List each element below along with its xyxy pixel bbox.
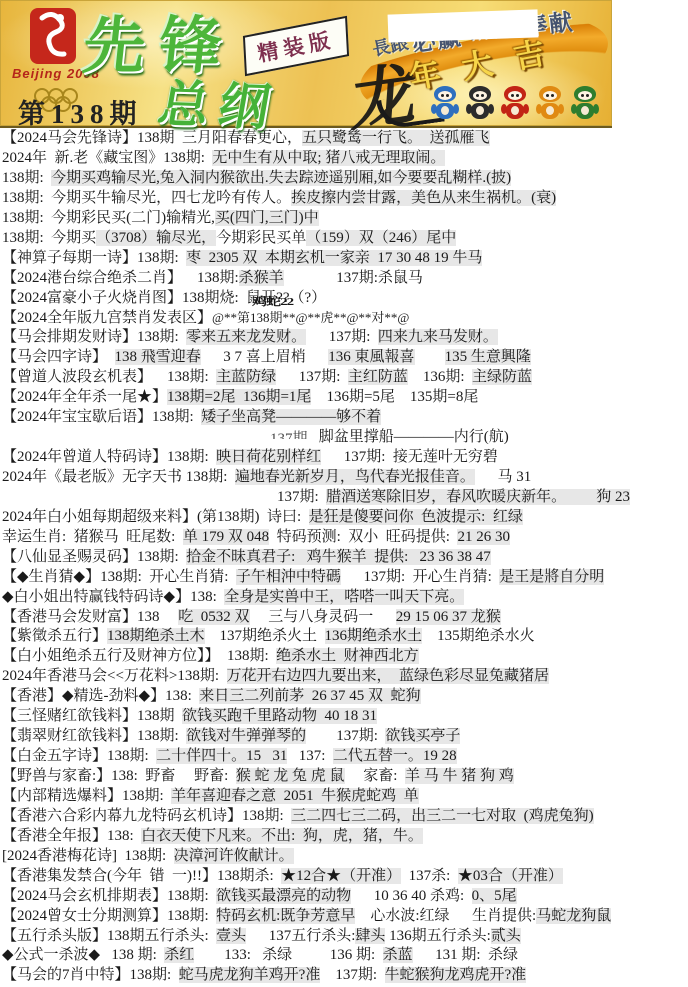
highlighted-text: 是狂是傻要问你 色波提示: 红绿 [309, 509, 523, 525]
highlighted-text: 杀红 [164, 947, 194, 963]
plain-text: 136 期: [292, 947, 382, 963]
highlighted-text: 子午相沖中特碼 [236, 569, 341, 585]
plain-text: 10 36 40 杀鸡: [351, 888, 471, 904]
plain-text: 138期: [2, 170, 51, 186]
plain-text: 137五行杀头: [246, 928, 355, 944]
plain-text: 137期: 接无莲叶无穷碧 [321, 449, 498, 465]
plain-text: 136期=5尾 135期=8尾 [311, 389, 478, 405]
highlighted-text: 挨皮擦内尝甘露，美色从来生祸机。(衰) [291, 190, 556, 206]
plain-text: 【马会四字诗】 [2, 349, 115, 365]
highlighted-text: 欲钱对牛弹弹琴的 [186, 728, 306, 744]
highlighted-text: 138期绝杀土木 [107, 628, 205, 644]
highlighted-text: 136期绝杀水土 [325, 628, 423, 644]
plain-text: 135期绝杀水火 [422, 628, 535, 644]
text-line: 【五行杀头版】138期五行杀头: 壹头 137五行杀头:肆头 136期五行杀头:… [2, 927, 688, 947]
plain-text: 138期: 今期彩民买(二门)输精光, [2, 210, 215, 226]
highlighted-text: 送孤雁飞 [422, 130, 490, 146]
highlighted-text: 万花开右边四九要出来， 蓝绿色彩尽显兔藏猪居 [227, 668, 550, 684]
highlighted-text: 135 生意興隆 [445, 349, 531, 365]
highlighted-text: 全身是实兽中王，嗒嗒一叫天下亮。 [224, 589, 464, 605]
highlighted-text: 二代五替一。19 28 [333, 748, 457, 764]
highlighted-text: （3708）输尽光， [96, 230, 216, 246]
highlighted-text: 今期买鸡输尽光,兔入洞内猴欲出.失去踪迹遥别厢,如今要要乱糊样.(披) [51, 170, 511, 186]
text-line: 【马会四字诗】 138 飛雪迎春 3 7 喜上眉梢 136 東風報喜 135 生… [2, 348, 688, 368]
text-line: 【2024年曾道人特码诗】138期: 映日荷花别样红 137期: 接无莲叶无穷碧 [2, 448, 688, 468]
plain-text: 137杀: [401, 868, 458, 884]
text-line: 【2024马会先锋诗】138期 三月阳春春更心，五只鹭鸶一行飞。 送孤雁飞 [2, 129, 688, 149]
text-line: 【香港全年报】138: 白衣天使下凡来。不出: 狗，虎，猪，牛。 [2, 827, 688, 847]
plain-text: 【曾道人波段玄机表】 138期: [2, 369, 216, 385]
highlighted-text: 21 26 30 [457, 529, 510, 545]
plain-text: 131 期: 杀绿 [413, 947, 518, 963]
plain-text: 137期: [306, 728, 385, 744]
plain-text: 2024年香港马会<<万花料>138期: [2, 668, 227, 684]
plain-text: 【香港全年报】138: [2, 828, 141, 844]
plain-text: 137: [287, 748, 332, 764]
highlighted-text: 羊年喜迎春之意 2051 牛猴虎蛇鸡 单 [171, 788, 419, 804]
text-line: 幸运生肖: 猪猴马 旺尾数: 单 179 双 048 特码预测: 双小 旺码提供… [2, 528, 688, 548]
text-line: 【2024马会玄机排期表】138期: 欲钱买最漂亮的动物 10 36 40 杀鸡… [2, 887, 688, 907]
highlighted-text: 138 飛雪迎春 [115, 349, 201, 365]
text-line: 2024年香港马会<<万花料>138期: 万花开右边四九要出来， 蓝绿色彩尽显兔… [2, 667, 688, 687]
olympic-seal-icon [30, 8, 76, 64]
plain-text: 137期: [320, 967, 384, 983]
text-line: 【三怪赌红欲钱料】138期 欲钱买跑千里路动物 40 18 31 [2, 707, 688, 727]
text-line: 138期: 今期买牛输尽光，四七龙吟有传人。挨皮擦内尝甘露，美色从来生祸机。(衰… [2, 189, 688, 209]
text-line: 138期: 今期彩民买(二门)输精光,买(四门,三门)中 [2, 209, 688, 229]
plain-text: 【白小姐绝杀五行及财神方位】】 138期: [2, 648, 276, 664]
highlighted-text: 矮子坐高凳————够不着 [201, 409, 381, 425]
highlighted-text: ★03合（开准） [458, 868, 563, 884]
highlighted-text: 贰头 [491, 928, 521, 944]
plain-text: ◆公式一杀波◆ 138 期: [2, 947, 164, 963]
fuwa-beibei-blue-icon [432, 86, 458, 124]
plain-text: 137期: [306, 329, 378, 345]
highlighted-text: ★12合★（开准） [281, 868, 401, 884]
highlighted-text: 买(四门,三门)中 [215, 210, 319, 226]
text-line: 【曾道人波段玄机表】 138期: 主蓝防绿 137期: 主红防蓝 136期: 主… [2, 368, 688, 388]
plain-text: 家畜: [345, 768, 405, 784]
highlighted-text: 是王是將自分明 [499, 569, 604, 585]
plain-text: 138期: 今期买 [2, 230, 96, 246]
highlighted-text: 欲钱买跑千里路动物 40 18 31 [182, 708, 377, 724]
fuwa-jingjing-panda-icon [467, 86, 493, 124]
plain-text: 【野兽与家畜:】138: 野畜 野畜: [2, 768, 236, 784]
text-line: 【◆生肖猜◆】138期: 开心生肖猜: 子午相沖中特碼 137期: 开心生肖猜:… [2, 568, 688, 588]
highlighted-text: 136 東風報喜 [328, 349, 414, 365]
plain-text: 幸运生肖: 猪猴马 旺尾数: [2, 529, 183, 545]
highlighted-text: 狗 23 [566, 489, 630, 505]
highlighted-text: 主蓝防绿 [216, 369, 276, 385]
highlighted-text: 枣 2305 双 本期玄机一家亲 17 30 48 19 牛马 [186, 250, 482, 266]
plain-text: 【五行杀头版】138期五行杀头: [2, 928, 216, 944]
highlighted-text: 遍地春光新岁月，鸟代春光报佳音。 [235, 469, 475, 485]
fuwa-nini-green-icon [572, 86, 598, 124]
plain-text: 【三怪赌红欲钱料】138期 [2, 708, 182, 724]
highlighted-text: 二十伴四十。15 31 [156, 748, 287, 764]
highlighted-text: （159）双（246）尾中 [306, 230, 456, 246]
highlighted-text: 138期=2尾 136期=1尾 [167, 389, 311, 405]
text-line: 【香港马会发财富】138 吃 0532 双 三与八身灵码一 29 15 06 3… [2, 608, 688, 628]
text-line: 138期: 今期买鸡输尽光,兔入洞内猴欲出.失去踪迹遥别厢,如今要要乱糊样.(披… [2, 169, 688, 189]
plain-text: 【紫徵杀五行】 [2, 628, 107, 644]
plain-text: 【白金五字诗】138期: [2, 748, 156, 764]
plain-text: 【2024全年版九宫禁肖发表区】 [2, 310, 212, 326]
text-line: 【八仙显圣赐灵码】138期: 拾金不昧真君子: 鸡牛猴羊 提供: 23 36 3… [2, 548, 688, 568]
plain-text: 2024年《最老版》无字天书 138期: [2, 469, 235, 485]
text-line: 【白小姐绝杀五行及财神方位】】 138期: 绝杀水土 财神西北方 [2, 647, 688, 667]
plain-text: 今期彩民买单 [216, 230, 306, 246]
highlighted-text: 杀猴羊 [239, 270, 284, 286]
plain-text: 137期: 开心生肖猜: [341, 569, 499, 585]
plain-text: 【马会排期发财诗】138期: [2, 329, 186, 345]
highlighted-text: 吃 0532 双 [178, 609, 249, 625]
text-line: 【神算子每期一诗】138期: 枣 2305 双 本期玄机一家亲 17 30 48… [2, 249, 688, 269]
text-line: 【2024曾女士分期测算】138期: 特码玄机:既争芳意早 心水波:红绿 生肖提… [2, 907, 688, 927]
highlighted-text: 腊酒送寒除旧岁，春风吹暖庆新年。 [326, 489, 566, 505]
text-line: 【马会排期发财诗】138期: 零来五来龙发财。 137期: 四来九来马发财。 [2, 328, 688, 348]
text-line: 2024年《最老版》无字天书 138期: 遍地春光新岁月，鸟代春光报佳音。 马 … [2, 468, 688, 488]
text-line: 【香港六合彩内幕九龙特码玄机诗】138期: 三二四七三二码，出三二一七对取 (鸡… [2, 807, 688, 827]
highlighted-text: 四来九来马发财。 [378, 329, 498, 345]
plain-text: 137期: [277, 489, 326, 505]
text-line: 【白金五字诗】138期: 二十伴四十。15 31 137: 二代五替一。19 2… [2, 747, 688, 767]
text-line: 137期: 腊酒送寒除旧岁，春风吹暖庆新年。 狗 23 [2, 488, 688, 508]
plain-text: 特码预测: 双小 旺码提供: [269, 529, 457, 545]
highlighted-text: 决漳河许攸献计。 [174, 848, 294, 864]
fuwa-huanhuan-red-icon [502, 86, 528, 124]
fuwa-mascots-row [432, 86, 612, 126]
plain-text: 【香港马会发财富】138 [2, 609, 178, 625]
plain-text: 137期:杀鼠马 [284, 270, 423, 286]
highlighted-text: 马蛇龙狗鼠 [536, 908, 611, 924]
text-line: 【2024富豪小子火烧肖图】138期烧: 鼠开??（?）鸡蛇22 [2, 289, 688, 309]
highlighted-text: 来日三二列前茅 26 37 45 双 蛇狗 [199, 688, 420, 704]
plain-text: 鸡蛇22 [252, 295, 293, 309]
lottery-tip-sheet: Beijing 2008 先锋 总纲 第138期 精装版 龙 年大吉 長跟 [0, 0, 688, 987]
highlighted-text: 壹头 [216, 928, 246, 944]
highlighted-text: 映日荷花别样红 [216, 449, 321, 465]
plain-text: 2024年白小姐每期超级来料】(第138期) 诗曰: [2, 509, 309, 525]
plain-text: 【八仙显圣赐灵码】138期: [2, 549, 186, 565]
plain-text: 【神算子每期一诗】138期: [2, 250, 186, 266]
text-line: 【内部精选爆料】138期: 羊年喜迎春之意 2051 牛猴虎蛇鸡 单 [2, 787, 688, 807]
highlighted-text: 主红防蓝 [348, 369, 408, 385]
highlighted-text: 羊 马 牛 猪 狗 鸡 [405, 768, 514, 784]
plain-text: 【2024马会玄机排期表】138期: [2, 888, 216, 904]
text-line: ◆白小姐出特赢钱特码诗◆】138: 全身是实兽中王，嗒嗒一叫天下亮。 [2, 588, 688, 608]
plain-text [415, 349, 445, 365]
highlighted-text: 无中生有从中取; 猪八戒无理取闹。 [212, 150, 445, 166]
edition-badge-label: 精装版 [255, 24, 337, 68]
highlighted-text: 三二四七三二码，出三二一七对取 (鸡虎兔狗) [291, 808, 594, 824]
plain-text: 【◆生肖猜◆】138期: 开心生肖猜: [2, 569, 236, 585]
highlighted-text: 欲钱买最漂亮的动物 [216, 888, 351, 904]
plain-text: 【香港集发禁合(今年 错 一)!!】138期杀: [2, 868, 281, 884]
highlighted-text: 零来五来龙发财。 [186, 329, 306, 345]
highlighted-text: 五只鹭鸶一行飞。 [302, 130, 422, 146]
highlighted-text: 绝杀水土 财神西北方 [276, 648, 419, 664]
content-lines: 【2024马会先锋诗】138期 三月阳春春更心，五只鹭鸶一行飞。 送孤雁飞202… [0, 128, 688, 986]
text-line: 【香港】◆精选-劲料◆】138: 来日三二列前茅 26 37 45 双 蛇狗 [2, 687, 688, 707]
text-line: 【紫徵杀五行】138期绝杀土木 137期绝杀火土 136期绝杀水土 135期绝杀… [2, 627, 688, 647]
highlighted-text: 主绿防蓝 [472, 369, 532, 385]
plain-text: [2024香港梅花诗] 138期: [2, 848, 174, 864]
highlighted-text: 单 179 双 048 [183, 529, 269, 545]
plain-text: ◆白小姐出特赢钱特码诗◆】138: [2, 589, 224, 605]
plain-text: 马 31 [475, 469, 531, 485]
plain-text: 心水波:红绿 生肖提供: [355, 908, 536, 924]
plain-text: 133: 杀绿 [194, 947, 292, 963]
plain-text: 【2024马会先锋诗】138期 三月阳春春更心， [2, 130, 302, 146]
plain-text: 136期五行杀头: [385, 928, 490, 944]
edition-badge: 精装版 [243, 16, 349, 77]
plain-text: 【内部精选爆料】138期: [2, 788, 171, 804]
highlighted-text: 0、5尾 [472, 888, 517, 904]
plain-text: 2024年 新.老《藏宝图》138期: [2, 150, 212, 166]
highlighted-text: 29 15 06 37 龙猴 [396, 609, 501, 625]
text-line: 【2024年宝宝歇后语】138期: 矮子坐高凳————够不着 [2, 408, 688, 428]
white-patch [388, 9, 539, 42]
plain-text: 138期: 今期买牛输尽光，四七龙吟有传人。 [2, 190, 291, 206]
plain-text: 【2024港台综合绝杀二肖】 138期: [2, 270, 239, 286]
plain-text: 【马会的7肖中特】138期: [2, 967, 179, 983]
plain-text: 脚盆里撑船————内行(航) [308, 429, 509, 445]
highlighted-text: 猴 蛇 龙 兔 虎 鼠 [236, 768, 345, 784]
highlighted-text: 蛇马虎龙狗羊鸡开?准 [179, 967, 321, 983]
highlighted-text: 白衣天使下凡来。不出: 狗，虎，猪，牛。 [141, 828, 423, 844]
plain-text: 3 7 喜上眉梢 [201, 349, 329, 365]
masthead-artwork: Beijing 2008 先锋 总纲 第138期 精装版 龙 年大吉 長跟 [0, 0, 612, 128]
plain-text: 【2024年曾道人特码诗】138期: [2, 449, 216, 465]
plain-text: 【2024年全年杀一尾★】 [2, 389, 167, 405]
plain-text: 137期: [276, 369, 348, 385]
plain-text: 三与八身灵码一 [250, 609, 396, 625]
highlighted-text: 杀蓝 [383, 947, 413, 963]
text-line: 137期 脚盆里撑船————内行(航) [2, 428, 688, 448]
highlighted-text: 欲钱买亭子 [385, 728, 460, 744]
text-line: [2024香港梅花诗] 138期: 决漳河许攸献计。 [2, 847, 688, 867]
plain-text: 137期绝杀火土 [205, 628, 325, 644]
highlighted-text: 牛蛇猴狗龙鸡虎开?准 [385, 967, 527, 983]
plain-text: @**第138期**@**虎**@**对**@ [212, 310, 409, 325]
text-line: 【翡翠财红欲钱料】138期: 欲钱对牛弹弹琴的 137期: 欲钱买亭子 [2, 727, 688, 747]
text-line: 2024年 新.老《藏宝图》138期: 无中生有从中取; 猪八戒无理取闹。 [2, 149, 688, 169]
text-line: 【2024港台综合绝杀二肖】 138期:杀猴羊 137期:杀鼠马 [2, 269, 688, 289]
highlighted-text: 特码玄机:既争芳意早 [216, 908, 355, 924]
highlighted-text: 肆头 [355, 928, 385, 944]
plain-text: 136期: [408, 369, 472, 385]
fuwa-yingying-orange-icon [537, 86, 563, 124]
masthead: Beijing 2008 先锋 总纲 第138期 精装版 龙 年大吉 長跟 [0, 0, 688, 128]
text-line: 【马会的7肖中特】138期: 蛇马虎龙狗羊鸡开?准 137期: 牛蛇猴狗龙鸡虎开… [2, 966, 688, 986]
text-line: 2024年白小姐每期超级来料】(第138期) 诗曰: 是狂是傻要问你 色波提示:… [2, 508, 688, 528]
text-line: ◆公式一杀波◆ 138 期: 杀红 133: 杀绿 136 期: 杀蓝 131 … [2, 946, 688, 966]
plain-text: 【2024曾女士分期测算】138期: [2, 908, 216, 924]
plain-text: 【香港】◆精选-劲料◆】138: [2, 688, 199, 704]
text-line: 【2024年全年杀一尾★】138期=2尾 136期=1尾 136期=5尾 135… [2, 388, 688, 408]
text-line: 【野兽与家畜:】138: 野畜 野畜: 猴 蛇 龙 兔 虎 鼠 家畜: 羊 马 … [2, 767, 688, 787]
plain-text: 【香港六合彩内幕九龙特码玄机诗】138期: [2, 808, 291, 824]
text-line: 【香港集发禁合(今年 错 一)!!】138期杀: ★12合★（开准） 137杀:… [2, 867, 688, 887]
text-line: 138期: 今期买（3708）输尽光，今期彩民买单（159）双（246）尾中 [2, 229, 688, 249]
plain-text: 【2024年宝宝歇后语】138期: [2, 409, 201, 425]
issue-number: 第138期 [18, 92, 143, 131]
highlighted-text: 拾金不昧真君子: 鸡牛猴羊 提供: 23 36 38 47 [186, 549, 491, 565]
text-line: 【2024全年版九宫禁肖发表区】@**第138期**@**虎**@**对**@ [2, 308, 688, 328]
plain-text: 137期 [270, 430, 308, 439]
plain-text: 【翡翠财红欲钱料】138期: [2, 728, 186, 744]
